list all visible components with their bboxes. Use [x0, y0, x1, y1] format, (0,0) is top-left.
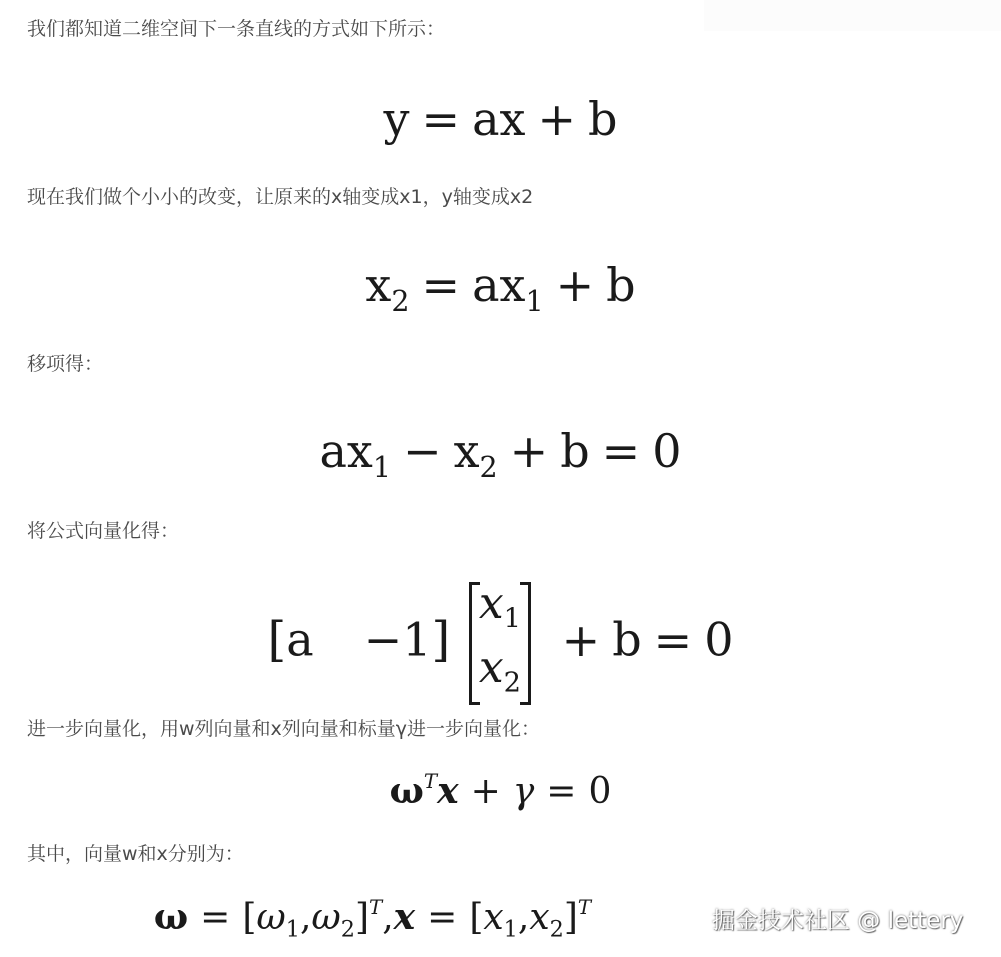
paragraph-rearrange: 移项得： [27, 355, 103, 374]
paragraph-vectorize: 将公式向量化得： [27, 522, 179, 541]
top-strip [704, 0, 1001, 31]
column-vector: x1 x2 [469, 580, 531, 707]
equation-rearranged: ax1−x2+b=0 [0, 428, 1001, 482]
equation-renamed: x2=ax1+b [0, 262, 1001, 316]
paragraph-where: 其中，向量w和x分别为： [27, 845, 244, 864]
watermark: 掘金技术社区 @ lettery [712, 902, 963, 935]
paragraph-intro: 我们都知道二维空间下一条直线的方式如下所示： [27, 20, 445, 39]
paragraph-axis-change: 现在我们做个小小的改变，让原来的x轴变成x1，y轴变成x2 [27, 188, 533, 207]
paragraph-further: 进一步向量化，用w列向量和x列向量和标量γ进一步向量化： [27, 720, 540, 739]
equation-line: y=ax+b [0, 96, 1001, 142]
equation-vector-form: ωTx+γ=0 [0, 772, 1001, 810]
equation-matrix: [a−1] x1 x2 +b=0 [0, 580, 1001, 707]
